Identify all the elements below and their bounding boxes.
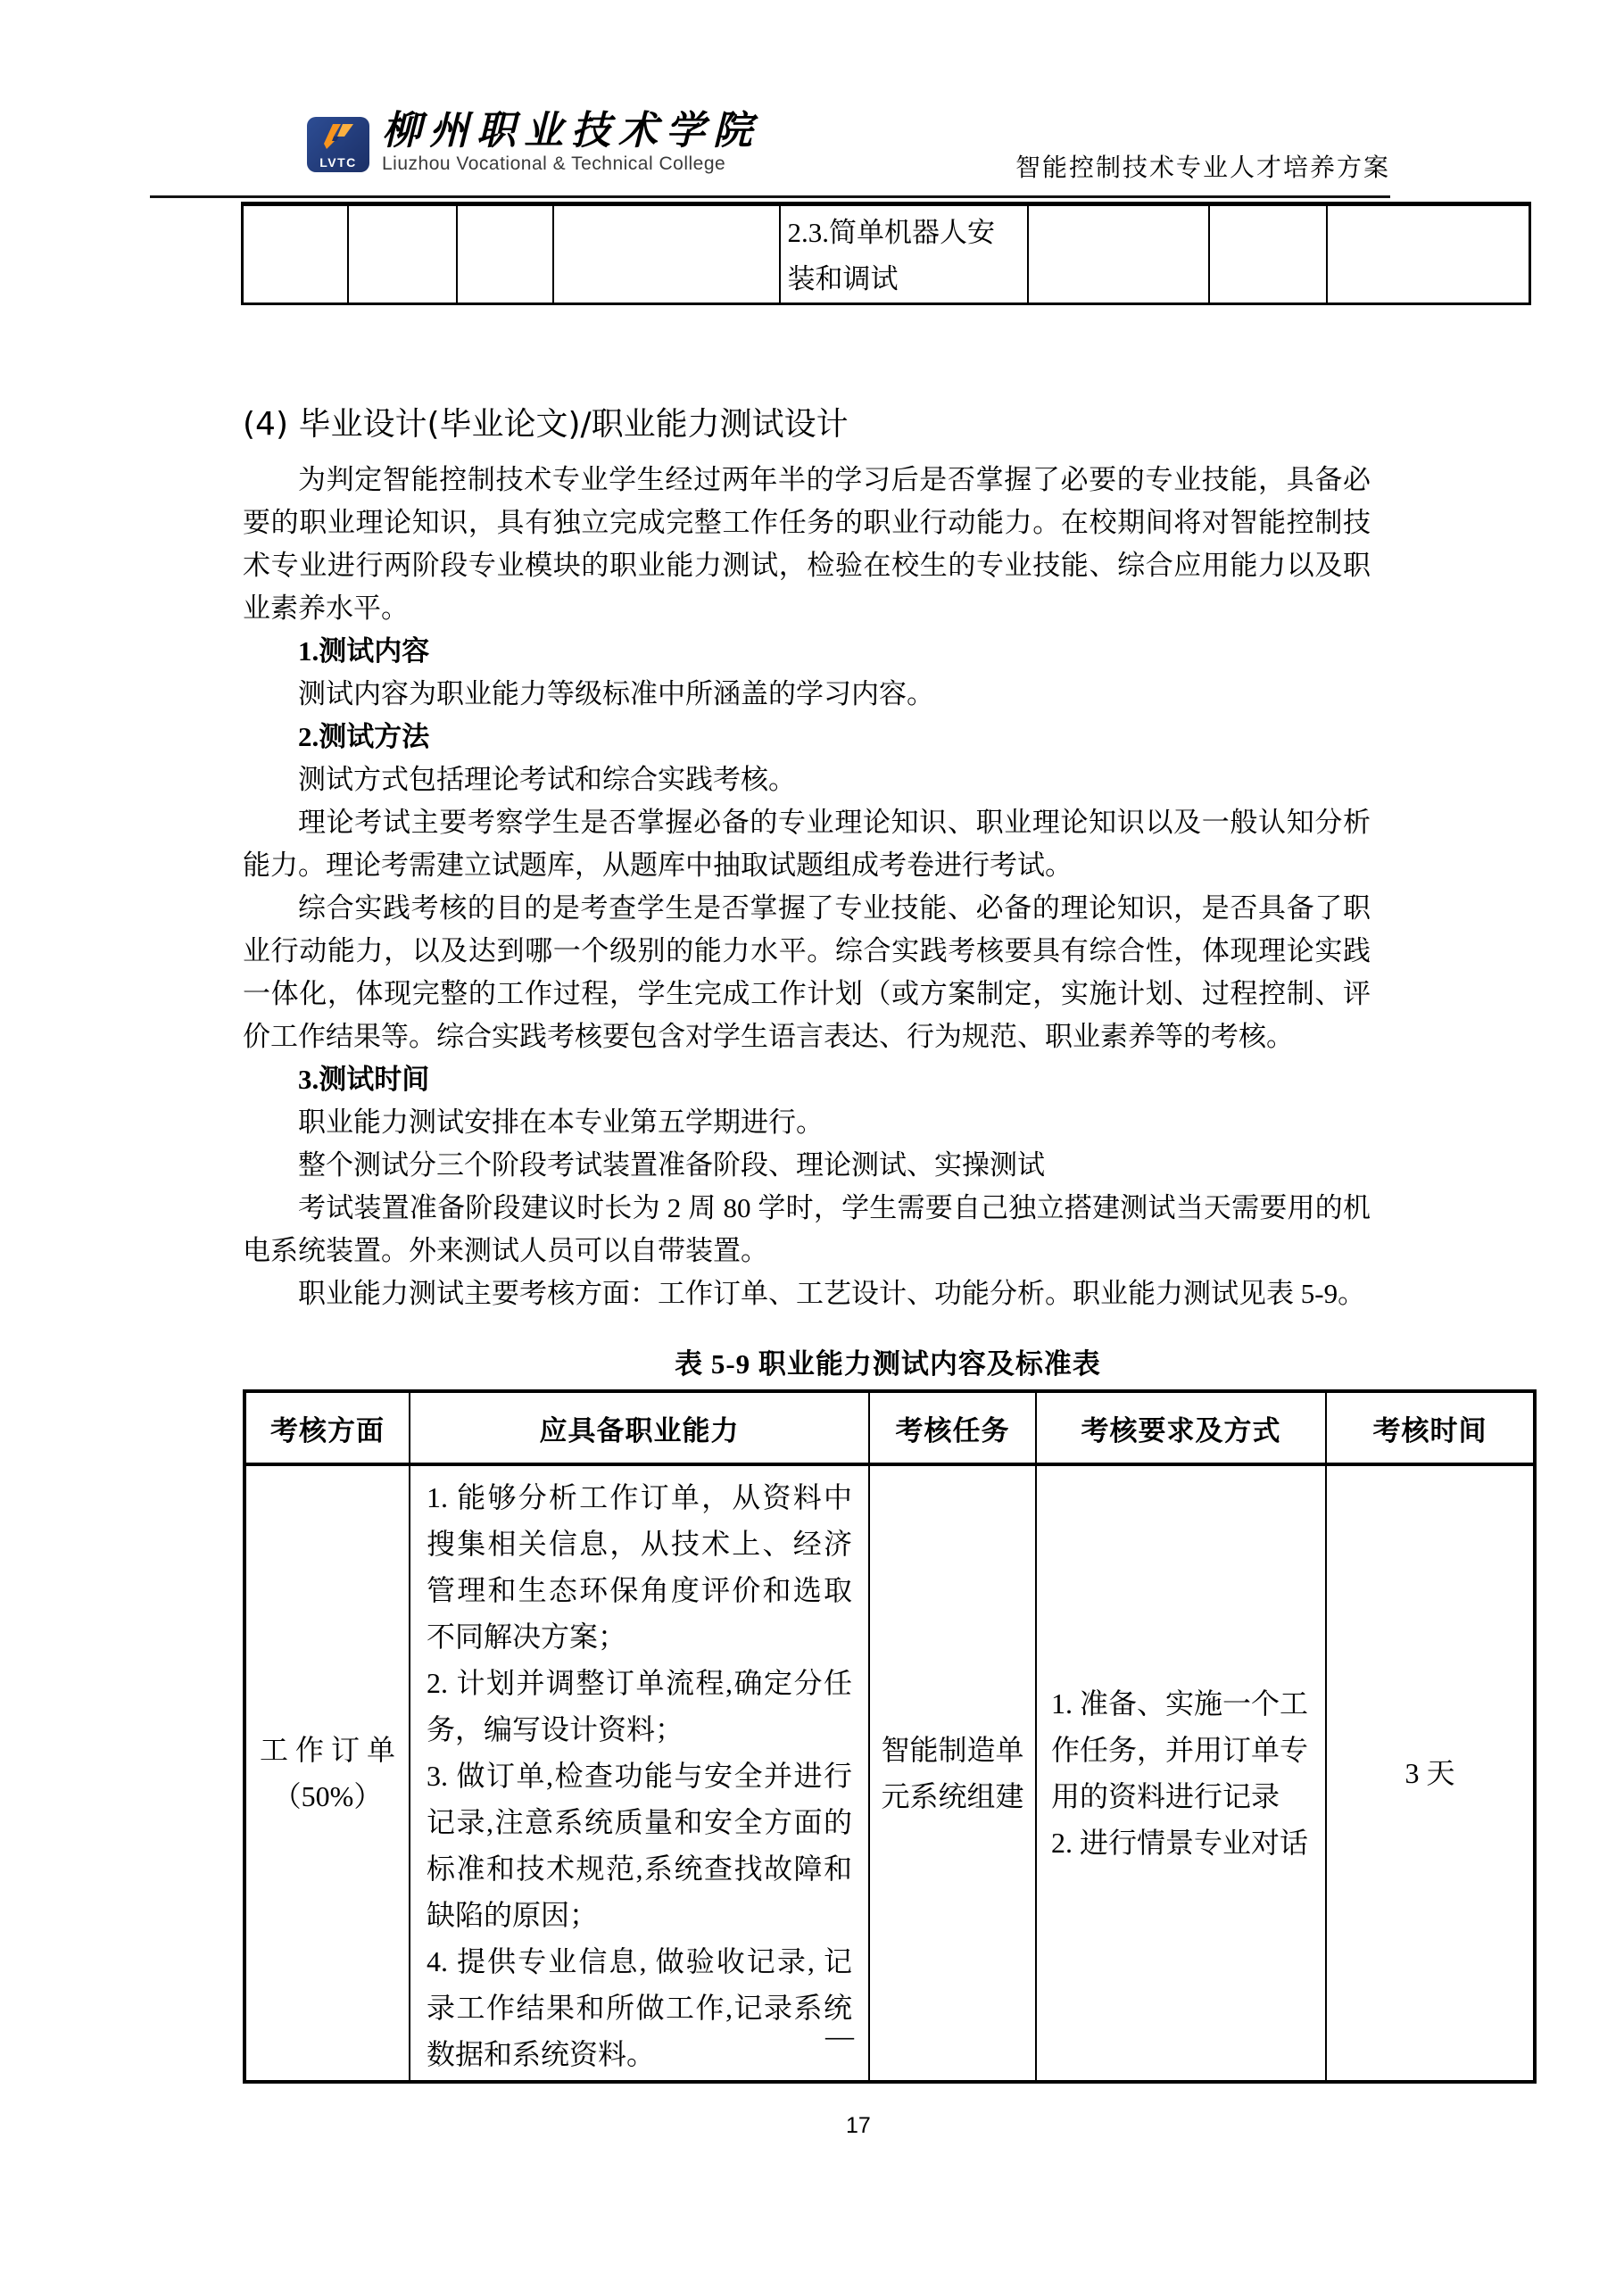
requirements-cell: 1. 准备、实施一个工作任务，并用订单专用的资料进行记录 2. 进行情景专业对话 bbox=[1036, 1464, 1326, 2082]
paragraph: 职业能力测试主要考核方面：工作订单、工艺设计、功能分析。职业能力测试见表 5-9… bbox=[243, 1272, 1371, 1315]
abilities-text: 1. 能够分析工作订单，从资料中搜集相关信息，从技术上、经济管理和生态环保角度评… bbox=[427, 1481, 852, 2070]
carryover-table-fragment: 2.3.简单机器人安装和调试 bbox=[241, 202, 1531, 305]
table-header-row: 考核方面 应具备职业能力 考核任务 考核要求及方式 考核时间 bbox=[244, 1391, 1535, 1464]
task-cell: 智能制造单元系统组建 bbox=[869, 1464, 1036, 2082]
header-divider bbox=[150, 195, 1390, 198]
paragraph: 综合实践考核的目的是考查学生是否掌握了专业技能、必备的理论知识，是否具备了职业行… bbox=[243, 887, 1371, 1058]
empty-cell bbox=[348, 204, 457, 304]
paragraph: 职业能力测试安排在本专业第五学期进行。 bbox=[243, 1101, 1371, 1144]
college-name-en: Liuzhou Vocational & Technical College bbox=[382, 153, 725, 175]
aspect-name: 工 作 订 单 bbox=[247, 1727, 408, 1773]
table-row: 2.3.简单机器人安装和调试 bbox=[243, 204, 1530, 304]
time-cell: 3 天 bbox=[1326, 1464, 1535, 2082]
college-name-cn: 柳州职业技术学院 bbox=[382, 111, 760, 152]
col-header-requirements: 考核要求及方式 bbox=[1036, 1391, 1326, 1464]
assessment-table: 考核方面 应具备职业能力 考核任务 考核要求及方式 考核时间 工 作 订 单 （… bbox=[243, 1389, 1537, 2084]
paragraph: 测试内容为职业能力等级标准中所涵盖的学习内容。 bbox=[243, 673, 1371, 716]
paragraph: 理论考试主要考察学生是否掌握必备的专业理论知识、职业理论知识以及一般认知分析能力… bbox=[243, 801, 1371, 887]
college-logo: LVTC bbox=[307, 117, 369, 172]
abilities-cell: 1. 能够分析工作订单，从资料中搜集相关信息，从技术上、经济管理和生态环保角度评… bbox=[410, 1464, 869, 2082]
paragraph: 考试装置准备阶段建议时长为 2 周 80 学时，学生需要自己独立搭建测试当天需要… bbox=[243, 1187, 1371, 1272]
col-header-abilities: 应具备职业能力 bbox=[410, 1391, 869, 1464]
page-number: 17 bbox=[846, 2113, 871, 2139]
lvtc-lightning-icon bbox=[320, 121, 356, 156]
empty-cell bbox=[1028, 204, 1209, 304]
empty-cell bbox=[243, 204, 348, 304]
logo-abbr-text: LVTC bbox=[319, 156, 357, 169]
main-text-block: (4) 毕业设计(毕业论文)/职业能力测试设计 为判定智能控制技术专业学生经过两… bbox=[243, 402, 1371, 1315]
table-caption: 表 5-9 职业能力测试内容及标准表 bbox=[243, 1343, 1533, 1386]
empty-cell bbox=[1327, 204, 1530, 304]
document-title: 智能控制技术专业人才培养方案 bbox=[1015, 148, 1390, 184]
empty-cell bbox=[1209, 204, 1327, 304]
empty-cell bbox=[553, 204, 780, 304]
aspect-weight: （50%） bbox=[247, 1773, 408, 1819]
subheading-test-content: 1.测试内容 bbox=[243, 630, 1371, 673]
paragraph: 整个测试分三个阶段考试装置准备阶段、理论测试、实操测试 bbox=[243, 1144, 1371, 1187]
subheading-test-time: 3.测试时间 bbox=[243, 1058, 1371, 1101]
module-task-cell: 2.3.简单机器人安装和调试 bbox=[780, 204, 1028, 304]
trailing-dash: — bbox=[825, 2012, 854, 2059]
assessment-table-section: 表 5-9 职业能力测试内容及标准表 考核方面 应具备职业能力 考核任务 考核要… bbox=[243, 1343, 1533, 2084]
subheading-test-method: 2.测试方法 bbox=[243, 716, 1371, 758]
paragraph: 测试方式包括理论考试和综合实践考核。 bbox=[243, 758, 1371, 801]
aspect-cell: 工 作 订 单 （50%） bbox=[244, 1464, 410, 2082]
section-heading: (4) 毕业设计(毕业论文)/职业能力测试设计 bbox=[243, 402, 1371, 448]
paragraph: 为判定智能控制技术专业学生经过两年半的学习后是否掌握了必要的专业技能，具备必要的… bbox=[243, 459, 1371, 630]
empty-cell bbox=[457, 204, 553, 304]
document-page: { "header": { "logo": { "abbr": "LVTC", … bbox=[0, 0, 1624, 2296]
col-header-task: 考核任务 bbox=[869, 1391, 1036, 1464]
col-header-aspect: 考核方面 bbox=[244, 1391, 410, 1464]
col-header-time: 考核时间 bbox=[1326, 1391, 1535, 1464]
table-row: 工 作 订 单 （50%） 1. 能够分析工作订单，从资料中搜集相关信息，从技术… bbox=[244, 1464, 1535, 2082]
